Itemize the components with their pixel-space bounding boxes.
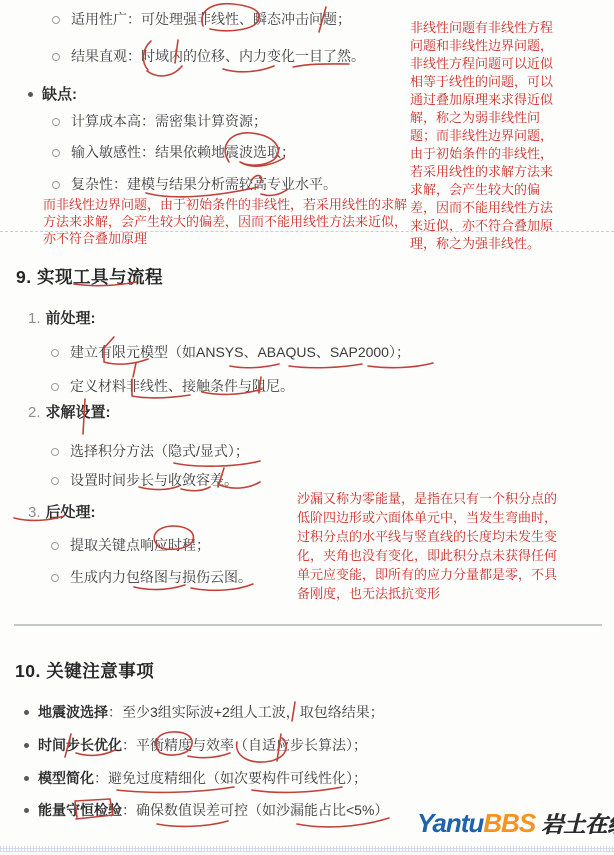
logo-bbs-text: BBS	[483, 808, 535, 838]
step-2-heading: 2.求解设置:	[28, 402, 111, 423]
note-item-text: ：平衡精度与效率（自适应步长算法）；	[122, 737, 367, 753]
yantubbs-logo: YantuBBS岩土在线	[417, 808, 614, 839]
red-underline-mark	[157, 821, 228, 826]
list-item: 时间步长优化：平衡精度与效率（自适应步长算法）；	[38, 735, 367, 755]
list-item: 适用性广：可处理强非线性、瞬态冲击问题；	[71, 9, 351, 29]
disadvantage-item-text: 输入敏感性：结果依赖地震波选取；	[71, 144, 295, 160]
list-item: 选择积分方法（隐式/显式）；	[70, 441, 249, 461]
red-annotation-nonlinear-types: 非线性问题有非线性方程问题和非线性边界问题，非线性方程问题可以近似相等于线性的问…	[410, 19, 562, 253]
note-item-label: 模型简化	[38, 770, 94, 786]
list-item: 地震波选择：至少3组实际波+2组人工波，取包络结果；	[38, 702, 384, 722]
step-label: 求解设置:	[46, 404, 111, 421]
step-item-text: 建立有限元模型（如ANSYS、ABAQUS、SAP2000）；	[70, 344, 410, 360]
dot-bullet-icon	[24, 808, 29, 813]
red-slash-mark	[133, 363, 136, 377]
hollow-bullet-icon	[52, 53, 60, 61]
red-annotation-hourglass: 沙漏又称为零能量，是指在只有一个积分点的低阶四边形或六面体单元中，当发生弯曲时，…	[297, 489, 567, 603]
step-item-text: 定义材料非线性、接触条件与阻尼。	[70, 378, 294, 394]
list-item: 输入敏感性：结果依赖地震波选取；	[71, 142, 295, 162]
hollow-bullet-icon	[51, 574, 59, 582]
red-underline-mark	[223, 66, 274, 72]
note-item-text: ：避免过度精细化（如次要构件可线性化）；	[94, 770, 367, 786]
list-item: 设置时间步长与收敛容差。	[70, 470, 238, 490]
disadvantage-item-text: 计算成本高：需密集计算资源；	[71, 113, 267, 129]
hollow-bullet-icon	[51, 542, 59, 550]
advantage-item-text: 适用性广：可处理强非线性、瞬态冲击问题；	[71, 11, 351, 27]
dot-bullet-icon	[28, 92, 33, 97]
section-9-title: 9. 实现工具与流程	[16, 264, 163, 289]
disadvantages-label: 缺点:	[42, 86, 77, 103]
step-number: 1.	[28, 310, 41, 327]
hollow-bullet-icon	[51, 477, 59, 485]
hollow-bullet-icon	[51, 349, 59, 357]
note-item-label: 时间步长优化	[38, 737, 122, 753]
note-item-text: ：确保数值误差可控（如沙漏能占比<5%）	[122, 802, 388, 818]
hollow-bullet-icon	[51, 383, 59, 391]
note-item-label: 能量守恒检验	[38, 802, 122, 818]
document-page: 适用性广：可处理强非线性、瞬态冲击问题； 结果直观：时域内的位移、内力变化一目了…	[0, 0, 614, 855]
step-number: 3.	[28, 504, 41, 521]
dot-bullet-icon	[24, 776, 29, 781]
section-divider	[14, 624, 602, 626]
step-item-text: 选择积分方法（隐式/显式）；	[70, 443, 249, 459]
section-10-title: 10. 关键注意事项	[15, 658, 154, 683]
hollow-bullet-icon	[52, 16, 60, 24]
red-underline-mark	[174, 461, 260, 466]
hollow-bullet-icon	[52, 181, 60, 189]
list-item: 生成内力包络图与损伤云图。	[70, 567, 252, 587]
hollow-bullet-icon	[52, 149, 60, 157]
bottom-texture-band	[0, 846, 614, 852]
logo-yantu-text: Yantu	[417, 808, 483, 838]
list-item: 提取关键点响应时程；	[70, 535, 210, 555]
step-label: 前处理:	[46, 310, 96, 327]
red-annotation-boundary-nonlinear: 而非线性边界问题，由于初始条件的非线性，若采用线性的求解方法来求解，会产生较大的…	[43, 196, 417, 247]
step-item-text: 生成内力包络图与损伤云图。	[70, 569, 252, 585]
dot-bullet-icon	[24, 743, 29, 748]
step-item-text: 设置时间步长与收敛容差。	[70, 472, 238, 488]
hollow-bullet-icon	[51, 448, 59, 456]
page-break-dashed-line	[0, 231, 614, 232]
step-1-heading: 1.前处理:	[28, 308, 96, 329]
list-item: 复杂性：建模与结果分析需较高专业水平。	[71, 174, 337, 194]
list-item: 结果直观：时域内的位移、内力变化一目了然。	[71, 46, 365, 66]
advantage-item-text: 结果直观：时域内的位移、内力变化一目了然。	[71, 48, 365, 64]
hollow-bullet-icon	[52, 118, 60, 126]
step-label: 后处理:	[46, 504, 96, 521]
list-item: 计算成本高：需密集计算资源；	[71, 111, 267, 131]
disadvantage-item-text: 复杂性：建模与结果分析需较高专业水平。	[71, 176, 337, 192]
step-number: 2.	[28, 404, 41, 421]
list-item: 能量守恒检验：确保数值误差可控（如沙漏能占比<5%）	[38, 800, 388, 820]
note-item-label: 地震波选择	[38, 704, 108, 720]
red-underline-mark	[368, 363, 433, 368]
list-item: 定义材料非线性、接触条件与阻尼。	[70, 376, 294, 396]
list-item: 模型简化：避免过度精细化（如次要构件可线性化）；	[38, 768, 367, 788]
step-item-text: 提取关键点响应时程；	[70, 537, 210, 553]
step-3-heading: 3.后处理:	[28, 502, 96, 523]
note-item-text: ：至少3组实际波+2组人工波，取包络结果；	[108, 704, 384, 720]
red-underline-mark	[230, 364, 279, 368]
dot-bullet-icon	[24, 710, 29, 715]
logo-cn-text: 岩土在线	[541, 812, 614, 837]
red-underline-mark	[147, 66, 182, 76]
red-underline-mark	[289, 364, 362, 368]
list-item: 缺点:	[42, 84, 77, 105]
list-item: 建立有限元模型（如ANSYS、ABAQUS、SAP2000）；	[70, 342, 410, 362]
